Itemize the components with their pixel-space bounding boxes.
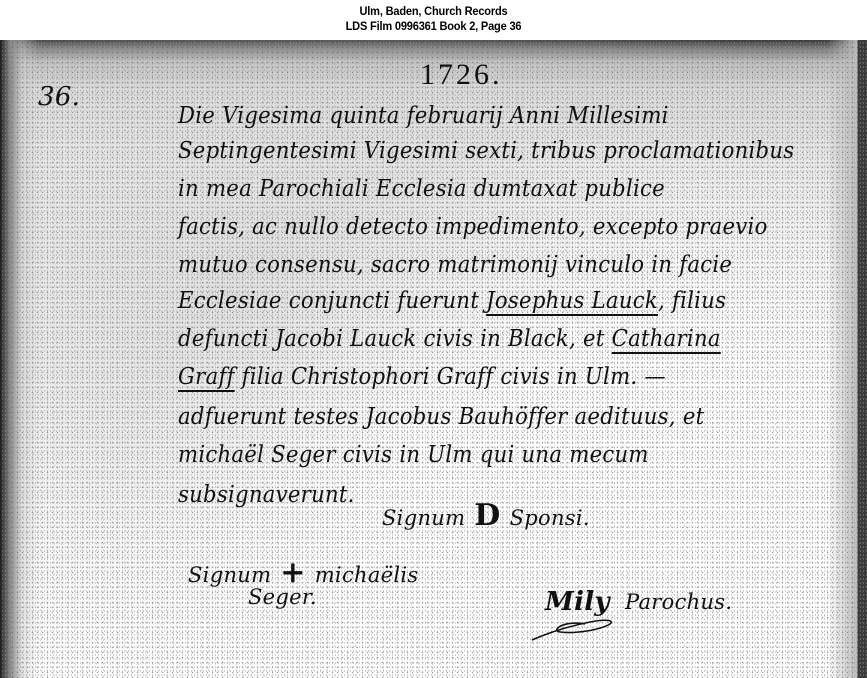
- line-6-text: Ecclesiae conjuncti fuerunt: [178, 288, 486, 314]
- record-line-7: defuncti Jacobi Lauck civis in Black, et…: [178, 326, 721, 352]
- groom-signature: Signum D Sponsi.: [382, 498, 590, 533]
- record-line-5: mutuo consensu, sacro matrimonij vinculo…: [178, 252, 732, 278]
- scan-noise-texture: [0, 40, 867, 678]
- priest-signature: Mily: [545, 587, 610, 617]
- record-line-10: michaël Seger civis in Ulm qui una mecum: [178, 442, 649, 468]
- bride-first-name: Catharina: [612, 326, 721, 352]
- record-line-3: in mea Parochiali Ecclesia dumtaxat publ…: [178, 176, 665, 202]
- header-subtitle: LDS Film 0996361 Book 2, Page 36: [35, 19, 833, 34]
- groom-signum-label: Signum: [382, 506, 465, 530]
- scanned-register-page: 36. 1726. Die Vigesima quinta februarij …: [0, 40, 867, 678]
- witness-signum-label: Signum: [188, 563, 271, 587]
- header-title: Ulm, Baden, Church Records: [35, 4, 833, 19]
- record-line-6: Ecclesiae conjuncti fuerunt Josephus Lau…: [178, 288, 726, 314]
- page-number: 36.: [38, 82, 80, 112]
- groom-name: Josephus Lauck: [486, 288, 658, 314]
- groom-mark-icon: D: [474, 498, 500, 533]
- record-line-9: adfuerunt testes Jacobus Bauhöffer aedit…: [178, 404, 704, 430]
- groom-sponsi-label: Sponsi.: [510, 506, 590, 530]
- record-line-1: Die Vigesima quinta februarij Anni Mille…: [178, 103, 669, 129]
- record-year: 1726.: [420, 58, 503, 92]
- witness-name: michaëlis: [315, 563, 419, 587]
- bride-last-name: Graff: [178, 364, 235, 390]
- priest-title: Parochus.: [625, 590, 732, 614]
- line-7-text: defuncti Jacobi Lauck civis in Black, et: [178, 326, 612, 352]
- line-8-text: filia Christophori Graff civis in Ulm. —: [235, 364, 666, 390]
- record-line-2: Septingentesimi Vigesimi sexti, tribus p…: [178, 138, 794, 164]
- witness-surname: Seger.: [248, 585, 317, 609]
- record-line-11: subsignaverunt.: [178, 482, 355, 508]
- record-line-8: Graff filia Christophori Graff civis in …: [178, 364, 666, 390]
- record-line-4: factis, ac nullo detecto impedimento, ex…: [178, 214, 768, 240]
- line-6-end: , filius: [658, 288, 726, 314]
- film-header: Ulm, Baden, Church Records LDS Film 0996…: [0, 0, 867, 40]
